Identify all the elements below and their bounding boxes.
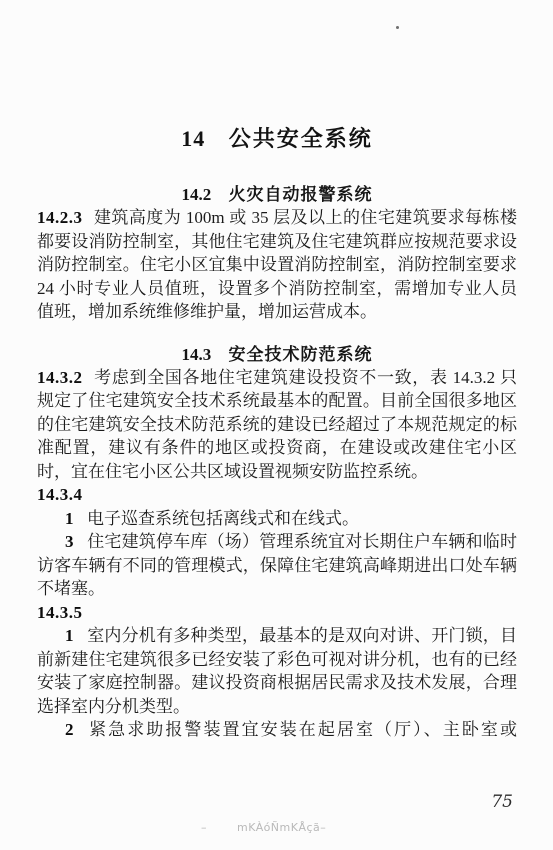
page-number: 75 — [491, 792, 513, 812]
list-item-number: 1 — [65, 626, 74, 645]
clause-number-14-2-3: 14.2.3 — [37, 208, 83, 227]
clause-heading-14-3-5: 14.3.5 — [37, 601, 517, 625]
list-item-14-3-4-3: 3住宅建筑停车库（场）管理系统宜对长期住户车辆和临时访客车辆有不同的管理模式，保… — [37, 530, 517, 601]
section-number: 14.3 — [182, 345, 212, 364]
scan-speck-dot — [396, 26, 399, 29]
watermark-text: mKÀóÑmKÅçã– — [237, 821, 326, 834]
clause-heading-14-3-4: 14.3.4 — [37, 483, 517, 507]
watermark: – mKÀóÑmKÅçã– — [201, 821, 326, 834]
list-item-14-3-4-1: 1电子巡查系统包括离线式和在线式。 — [37, 507, 517, 531]
chapter-heading: 14 公共安全系统 — [37, 124, 517, 154]
chapter-number: 14 — [181, 126, 205, 151]
paragraph-14-2-3: 14.2.3建筑高度为 100m 或 35 层及以上的住宅建筑要求每栋楼都要设消… — [37, 206, 517, 324]
section-heading-14-3: 14.3 安全技术防范系统 — [37, 344, 517, 366]
scanned-document-page: 14 公共安全系统 14.2 火灾自动报警系统 14.2.3建筑高度为 100m… — [0, 0, 553, 850]
watermark-dash: – — [201, 821, 207, 834]
list-item-text: 室内分机有多种类型，最基本的是双向对讲、开门锁，目前新建住宅建筑很多已经安装了彩… — [37, 626, 517, 716]
list-item-number: 2 — [65, 720, 74, 739]
clause-number-14-3-4: 14.3.4 — [37, 485, 83, 504]
section-number: 14.2 — [182, 185, 212, 204]
list-item-14-3-5-2: 2紧急求助报警装置宜安装在起居室（厅）、主卧室或 — [37, 718, 517, 742]
section-title: 安全技术防范系统 — [229, 345, 373, 364]
page-content: 14 公共安全系统 14.2 火灾自动报警系统 14.2.3建筑高度为 100m… — [0, 0, 553, 742]
clause-text-14-3-2: 考虑到全国各地住宅建筑建设投资不一致，表 14.3.2 只规定了住宅建筑安全技术… — [37, 368, 517, 481]
list-item-text: 住宅建筑停车库（场）管理系统宜对长期住户车辆和临时访客车辆有不同的管理模式，保障… — [37, 532, 517, 598]
clause-number-14-3-5: 14.3.5 — [37, 603, 83, 622]
list-item-text: 电子巡查系统包括离线式和在线式。 — [87, 509, 359, 528]
chapter-title: 公共安全系统 — [229, 126, 373, 151]
list-item-number: 3 — [65, 532, 74, 551]
list-item-text: 紧急求助报警装置宜安装在起居室（厅）、主卧室或 — [87, 720, 517, 739]
section-heading-14-2: 14.2 火灾自动报警系统 — [37, 184, 517, 206]
section-title: 火灾自动报警系统 — [229, 185, 373, 204]
clause-text-14-2-3: 建筑高度为 100m 或 35 层及以上的住宅建筑要求每栋楼都要设消防控制室，其… — [37, 208, 517, 321]
list-item-14-3-5-1: 1室内分机有多种类型，最基本的是双向对讲、开门锁，目前新建住宅建筑很多已经安装了… — [37, 624, 517, 718]
paragraph-14-3-2: 14.3.2考虑到全国各地住宅建筑建设投资不一致，表 14.3.2 只规定了住宅… — [37, 366, 517, 484]
list-item-number: 1 — [65, 509, 74, 528]
clause-number-14-3-2: 14.3.2 — [37, 368, 83, 387]
